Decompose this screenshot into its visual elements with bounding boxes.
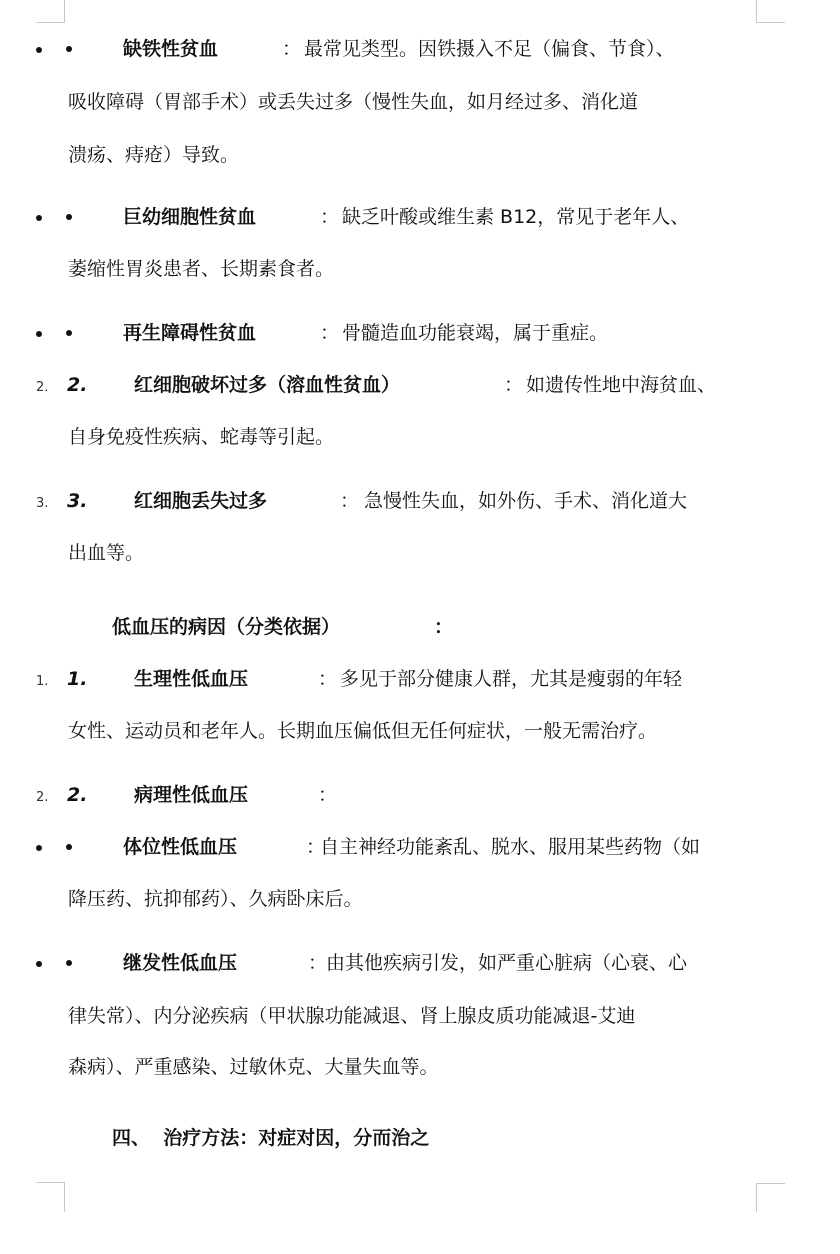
item-label: 再生障碍性贫血 bbox=[123, 320, 256, 346]
item-text: 由其他疾病引发，如严重心脏病（心衰、心 bbox=[326, 950, 687, 976]
inner-number: 3. bbox=[67, 488, 87, 514]
list-item[interactable]: 缺铁性贫血 ： 最常见类型。因铁摄入不足（偏食、节食）、 bbox=[0, 36, 840, 62]
bullet-icon bbox=[66, 844, 72, 850]
crop-mark-bottom-right-v bbox=[756, 1183, 757, 1212]
list-item[interactable]: 1. 1. 生理性低血压 ： 多见于部分健康人群，尤其是瘦弱的年轻 bbox=[0, 666, 840, 692]
section-heading: 四、 治疗方法：对症对因，分而治之 bbox=[0, 1125, 840, 1151]
section-heading: 低血压的病因（分类依据） ： bbox=[0, 614, 840, 640]
bullet-icon bbox=[36, 845, 42, 851]
item-text: 如遗传性地中海贫血、 bbox=[526, 372, 716, 398]
bullet-icon bbox=[36, 47, 42, 53]
list-item[interactable]: 2. 2. 病理性低血压 ： bbox=[0, 782, 840, 808]
list-item[interactable]: 3. 3. 红细胞丢失过多 ： 急慢性失血，如外伤、手术、消化道大 bbox=[0, 488, 840, 514]
inner-number: 2. bbox=[67, 782, 87, 808]
outer-number: 1. bbox=[36, 669, 48, 695]
item-label: 生理性低血压 bbox=[134, 666, 248, 692]
crop-mark-bottom-right-h bbox=[756, 1183, 785, 1184]
item-colon: ： bbox=[318, 666, 337, 692]
item-label: 红细胞破坏过多（溶血性贫血） bbox=[134, 372, 400, 398]
continuation-text: 女性、运动员和老年人。长期血压偏低但无任何症状，一般无需治疗。 bbox=[68, 718, 657, 744]
item-text: 多见于部分健康人群，尤其是瘦弱的年轻 bbox=[340, 666, 682, 692]
crop-mark-top-left-v bbox=[64, 0, 65, 23]
item-colon: ： bbox=[282, 36, 301, 62]
bullet-icon bbox=[66, 46, 72, 52]
bullet-icon bbox=[66, 330, 72, 336]
item-colon: ： bbox=[340, 488, 359, 514]
item-colon: ： bbox=[320, 320, 339, 346]
item-text: 自主神经功能紊乱、脱水、服用某些药物（如 bbox=[320, 834, 700, 860]
continuation-text: 降压药、抗抑郁药）、久病卧床后。 bbox=[68, 886, 363, 912]
outer-number: 2. bbox=[36, 785, 48, 811]
bullet-icon bbox=[36, 215, 42, 221]
bullet-icon bbox=[66, 214, 72, 220]
item-colon: ： bbox=[504, 372, 523, 398]
continuation-text: 自身免疫性疾病、蛇毒等引起。 bbox=[68, 424, 334, 450]
heading-colon: ： bbox=[434, 614, 453, 640]
inner-number: 2. bbox=[67, 372, 87, 398]
list-item[interactable]: 巨幼细胞性贫血 ： 缺乏叶酸或维生素 B12，常见于老年人、 bbox=[0, 204, 840, 230]
list-item[interactable]: 继发性低血压 ： 由其他疾病引发，如严重心脏病（心衰、心 bbox=[0, 950, 840, 976]
list-item[interactable]: 2. 2. 红细胞破坏过多（溶血性贫血） ： 如遗传性地中海贫血、 bbox=[0, 372, 840, 398]
list-item[interactable]: 再生障碍性贫血 ： 骨髓造血功能衰竭，属于重症。 bbox=[0, 320, 840, 346]
outer-number: 2. bbox=[36, 375, 48, 401]
item-colon: ： bbox=[320, 204, 339, 230]
item-text: 最常见类型。因铁摄入不足（偏食、节食）、 bbox=[304, 36, 675, 62]
crop-mark-top-right-v bbox=[756, 0, 757, 23]
continuation-text: 律失常）、内分泌疾病（甲状腺功能减退、肾上腺皮质功能减退-艾迪 bbox=[68, 1003, 635, 1029]
item-label: 病理性低血压 bbox=[134, 782, 248, 808]
crop-mark-bottom-left-h bbox=[36, 1182, 65, 1183]
continuation-text: 吸收障碍（胃部手术）或丢失过多（慢性失血，如月经过多、消化道 bbox=[68, 89, 638, 115]
continuation-text: 出血等。 bbox=[68, 540, 144, 566]
item-label: 继发性低血压 bbox=[123, 950, 237, 976]
outer-number: 3. bbox=[36, 491, 48, 517]
item-text: 缺乏叶酸或维生素 B12，常见于老年人、 bbox=[342, 204, 689, 230]
continuation-text: 溃疡、痔疮）导致。 bbox=[68, 142, 239, 168]
item-label: 巨幼细胞性贫血 bbox=[123, 204, 256, 230]
crop-mark-bottom-left-v bbox=[64, 1182, 65, 1212]
bullet-icon bbox=[66, 960, 72, 966]
heading-text: 四、 治疗方法：对症对因，分而治之 bbox=[112, 1125, 429, 1151]
item-colon: ： bbox=[318, 782, 337, 808]
item-text: 急慢性失血，如外伤、手术、消化道大 bbox=[364, 488, 687, 514]
crop-mark-top-right-h bbox=[756, 22, 785, 23]
item-colon: ： bbox=[308, 950, 327, 976]
bullet-icon bbox=[36, 961, 42, 967]
item-label: 缺铁性贫血 bbox=[123, 36, 218, 62]
bullet-icon bbox=[36, 331, 42, 337]
item-label: 体位性低血压 bbox=[123, 834, 237, 860]
crop-mark-top-left-h bbox=[36, 22, 65, 23]
item-label: 红细胞丢失过多 bbox=[134, 488, 267, 514]
heading-text: 低血压的病因（分类依据） bbox=[112, 614, 340, 640]
item-text: 骨髓造血功能衰竭，属于重症。 bbox=[342, 320, 608, 346]
continuation-text: 萎缩性胃炎患者、长期素食者。 bbox=[68, 256, 334, 282]
list-item[interactable]: 体位性低血压 ： 自主神经功能紊乱、脱水、服用某些药物（如 bbox=[0, 834, 840, 860]
continuation-text: 森病）、严重感染、过敏休克、大量失血等。 bbox=[68, 1054, 439, 1080]
inner-number: 1. bbox=[67, 666, 87, 692]
